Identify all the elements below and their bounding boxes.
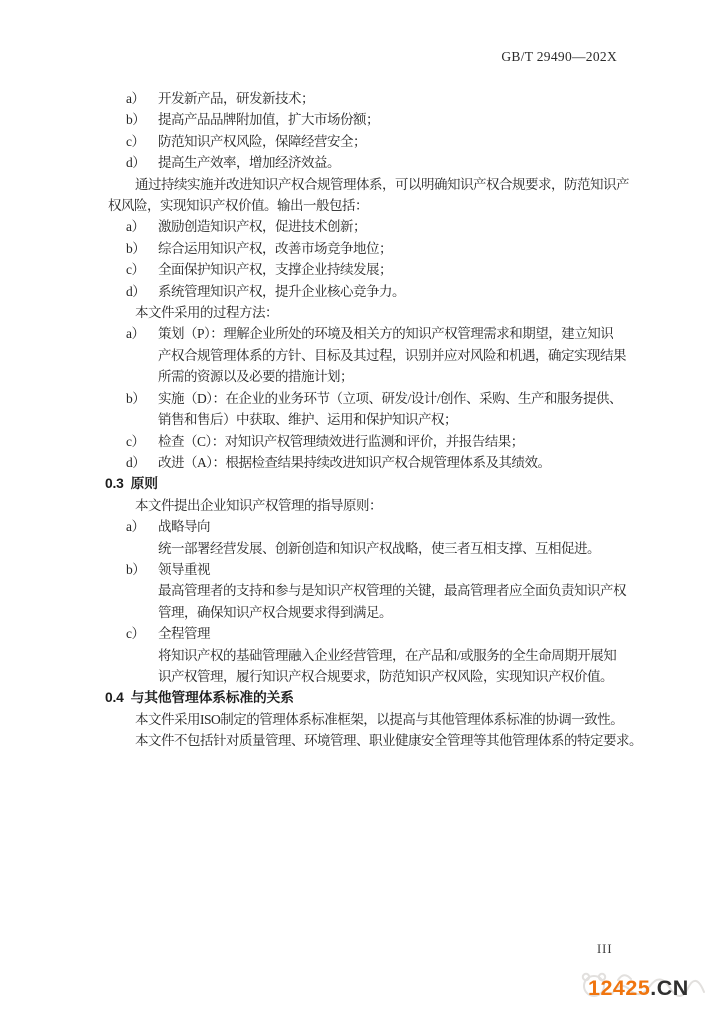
list-text: 系统管理知识产权，提升企业核心竞争力。 [158,281,624,302]
principle-title: 领导重视 [158,559,624,580]
list-text: 激励创造知识产权，促进技术创新； [158,216,624,237]
section-number: 0.3 [105,476,124,491]
list-text: 全面保护知识产权，支撑企业持续发展； [158,259,624,280]
list-marker: a） [126,516,145,537]
principle-title: 战略导向 [158,516,624,537]
list-text: 销售和售后）中获取、维护、运用和保护知识产权； [158,409,624,430]
list-text: 所需的资源以及必要的措施计划； [158,366,624,387]
list-text: 综合运用知识产权，改善市场竞争地位； [158,238,624,259]
list-marker: d） [126,281,145,302]
watermark-tld: .CN [650,976,689,1000]
list-item: a） 开发新产品，研发新技术； [108,88,624,109]
list-marker: a） [126,323,145,344]
list-marker: d） [126,452,145,473]
list-item: b） 提高产品品牌附加值，扩大市场份额； [108,109,624,130]
list-marker: b） [126,109,145,130]
list-item: d） 提高生产效率，增加经济效益。 [108,152,624,173]
section-heading-0-4: 0.4与其他管理体系标准的关系 [105,687,624,708]
list-marker: b） [126,238,145,259]
list-item: d） 改进（A）：根据检查结果持续改进知识产权合规管理体系及其绩效。 [108,452,624,473]
principle-text: 将知识产权的基础管理融入企业经营管理，在产品和/或服务的全生命周期开展知 [158,645,624,666]
watermark-text: 12425.CN [588,976,689,1000]
document-body: a） 开发新产品，研发新技术； b） 提高产品品牌附加值，扩大市场份额； c） … [108,88,624,752]
section-title: 原则 [131,476,158,491]
paragraph-line: 权风险，实现知识产权价值。输出一般包括： [108,195,624,216]
list-marker: c） [126,131,145,152]
principle-text: 识产权管理，履行知识产权合规要求，防范知识产权风险，实现知识产权价值。 [158,666,624,687]
list-item: c） 全面保护知识产权，支撑企业持续发展； [108,259,624,280]
list-item: b） 实施（D）：在企业的业务环节（立项、研发/设计/创作、采购、生产和服务提供… [108,388,624,431]
list-text: 防范知识产权风险，保障经营安全； [158,131,624,152]
list-item: a） 策划（P）：理解企业所处的环境及相关方的知识产权管理需求和期望，建立知识 … [108,323,624,387]
list-marker: d） [126,152,145,173]
list-marker: c） [126,431,145,452]
list-marker: a） [126,216,145,237]
list-text: 提高生产效率，增加经济效益。 [158,152,624,173]
section-heading-0-3: 0.3原则 [105,473,624,494]
list-text: 开发新产品，研发新技术； [158,88,624,109]
paragraph-line: 本文件提出企业知识产权管理的指导原则： [108,495,624,516]
watermark-number: 12425 [588,976,650,1000]
principle-title: 全程管理 [158,623,624,644]
list-item: c） 全程管理 将知识产权的基础管理融入企业经营管理，在产品和/或服务的全生命周… [108,623,624,687]
principle-text: 统一部署经营发展、创新创造和知识产权战略，使三者互相支撑、互相促进。 [158,538,624,559]
list-text: 改进（A）：根据检查结果持续改进知识产权合规管理体系及其绩效。 [158,452,624,473]
section-number: 0.4 [105,690,124,705]
list-text: 实施（D）：在企业的业务环节（立项、研发/设计/创作、采购、生产和服务提供、 [158,388,624,409]
list-item: b） 综合运用知识产权，改善市场竞争地位； [108,238,624,259]
section-title: 与其他管理体系标准的关系 [131,690,294,705]
page-number: III [597,942,613,957]
document-page: GB/T 29490—202X a） 开发新产品，研发新技术； b） 提高产品品… [0,0,720,1018]
paragraph-line: 本文件采用ISO制定的管理体系标准框架，以提高与其他管理体系标准的协调一致性。 [108,709,624,730]
list-marker: c） [126,259,145,280]
list-item: a） 战略导向 统一部署经营发展、创新创造和知识产权战略，使三者互相支撑、互相促… [108,516,624,559]
list-text: 策划（P）：理解企业所处的环境及相关方的知识产权管理需求和期望，建立知识 [158,323,624,344]
principle-text: 管理，确保知识产权合规要求得到满足。 [158,602,624,623]
paragraph-line: 本文件不包括针对质量管理、环境管理、职业健康安全管理等其他管理体系的特定要求。 [108,730,624,751]
list-text: 提高产品品牌附加值，扩大市场份额； [158,109,624,130]
principle-text: 最高管理者的支持和参与是知识产权管理的关键，最高管理者应全面负责知识产权 [158,580,624,601]
list-marker: c） [126,623,145,644]
list-marker: b） [126,388,145,409]
list-text: 产权合规管理体系的方针、目标及其过程，识别并应对风险和机遇，确定实现结果 [158,345,624,366]
list-item: b） 领导重视 最高管理者的支持和参与是知识产权管理的关键，最高管理者应全面负责… [108,559,624,623]
paragraph-line: 本文件采用的过程方法： [108,302,624,323]
list-marker: a） [126,88,145,109]
list-item: c） 检查（C）：对知识产权管理绩效进行监测和评价，并报告结果； [108,431,624,452]
site-watermark: 12425.CN [588,976,720,1010]
list-item: d） 系统管理知识产权，提升企业核心竞争力。 [108,281,624,302]
doc-number-header: GB/T 29490—202X [0,49,617,65]
paragraph-line: 通过持续实施并改进知识产权合规管理体系，可以明确知识产权合规要求，防范知识产 [108,174,624,195]
list-item: c） 防范知识产权风险，保障经营安全； [108,131,624,152]
list-marker: b） [126,559,145,580]
list-item: a） 激励创造知识产权，促进技术创新； [108,216,624,237]
list-text: 检查（C）：对知识产权管理绩效进行监测和评价，并报告结果； [158,431,624,452]
